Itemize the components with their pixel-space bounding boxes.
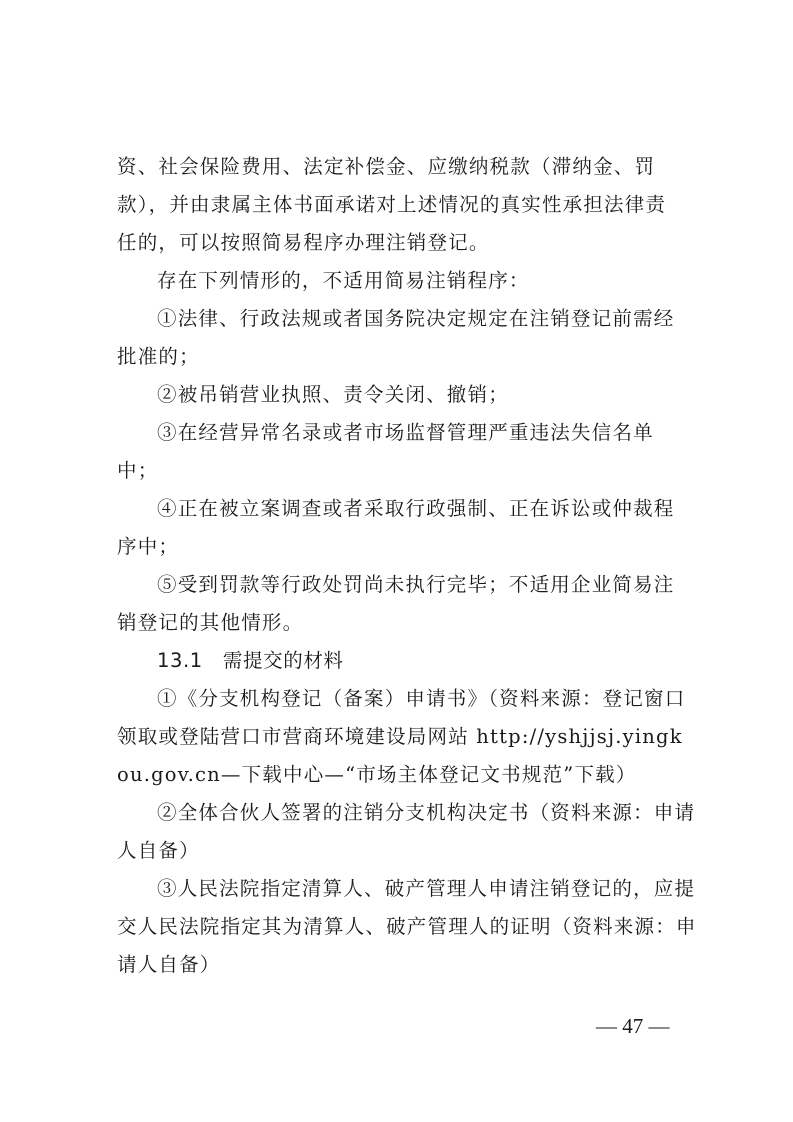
exclusion-item-1: ①法律、行政法规或者国务院决定规定在注销登记前需经 [157,306,717,332]
text-line-2: 款），并由隶属主体书面承诺对上述情况的真实性承担法律责 [117,192,677,218]
exclusion-item-1-cont: 批准的； [117,344,677,370]
exclusion-intro: 存在下列情形的，不适用简易注销程序： [157,268,717,294]
exclusion-item-4: ④正在被立案调查或者采取行政强制、正在诉讼或仲裁程 [157,496,717,522]
material-item-2-cont: 人自备） [117,838,677,864]
exclusion-item-2: ②被吊销营业执照、责令关闭、撤销； [157,382,717,408]
exclusion-item-3-cont: 中； [117,458,677,484]
exclusion-item-5-cont: 销登记的其他情形。 [117,610,677,636]
material-item-2: ②全体合伙人签署的注销分支机构决定书（资料来源：申请 [157,800,717,826]
exclusion-item-4-cont: 序中； [117,534,677,560]
material-item-3: ③人民法院指定清算人、破产管理人申请注销登记的，应提 [157,876,717,902]
material-item-1-cont: 领取或登陆营口市营商环境建设局网站 http://yshjjsj.yingk [117,724,677,750]
text-line-3: 任的，可以按照简易程序办理注销登记。 [117,230,677,256]
text-line-1: 资、社会保险费用、法定补偿金、应缴纳税款（滞纳金、罚 [117,154,677,180]
material-item-3-cont-2: 请人自备） [117,952,677,978]
document-page: 资、社会保险费用、法定补偿金、应缴纳税款（滞纳金、罚 款），并由隶属主体书面承诺… [0,0,793,1122]
material-item-1: ①《分支机构登记（备案）申请书》（资料来源：登记窗口 [157,686,717,712]
page-number: — 47 — [596,1014,670,1039]
material-item-3-cont: 交人民法院指定其为清算人、破产管理人的证明（资料来源：申 [117,914,677,940]
material-item-1-cont-2: ou.gov.cn—下载中心—“市场主体登记文书规范”下载） [117,762,677,788]
section-heading: 13.1 需提交的材料 [157,648,717,674]
exclusion-item-5: ⑤受到罚款等行政处罚尚未执行完毕；不适用企业简易注 [157,572,717,598]
exclusion-item-3: ③在经营异常名录或者市场监督管理严重违法失信名单 [157,420,717,446]
